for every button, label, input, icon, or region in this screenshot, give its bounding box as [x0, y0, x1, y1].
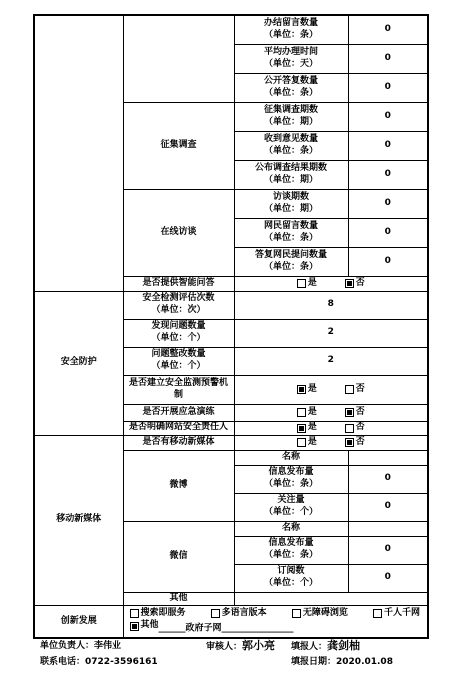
- report-page: 办结留言数量 （单位：条） 0 平均办理时间 （单位：天） 0 公开答复数量 （…: [0, 0, 462, 674]
- reviewer-label: 审核人：: [206, 642, 242, 652]
- value-cell: 0: [348, 536, 428, 564]
- innovation-options: 搜索即服务 多语言版本 无障碍浏览 千人千网: [124, 606, 428, 620]
- table-row: 移动新媒体 是否有移动新媒体 是 否: [34, 435, 428, 450]
- field-label: 安全检测评估次数: [124, 293, 234, 305]
- filler: 填报人：龚剑柚: [291, 637, 360, 653]
- field-label: 公布调查结果期数: [235, 163, 348, 175]
- field-cell: 平均办理时间 （单位：天）: [234, 44, 348, 73]
- weixin-name-label: 名称: [234, 521, 348, 536]
- subcategory-weibo: 微博: [123, 450, 234, 521]
- no-label: 否: [356, 422, 365, 434]
- weibo-name-label: 名称: [234, 450, 348, 465]
- smart-qa-label: 是否提供智能问答: [123, 276, 234, 291]
- field-cell: 办结留言数量 （单位：条）: [234, 15, 348, 44]
- date-label: 填报日期：: [291, 657, 336, 667]
- no-label: 否: [356, 384, 365, 396]
- value-cell: 8: [234, 291, 428, 319]
- value-cell: 0: [348, 73, 428, 102]
- date-value: 2020.01.08: [336, 657, 393, 667]
- category-cell-carryover: [34, 15, 123, 291]
- field-label: 办结留言数量: [235, 18, 348, 30]
- yes-option: 是: [297, 422, 317, 434]
- option-qianren: 千人千网: [373, 608, 420, 620]
- field-cell: 网民留言数量 （单位：条）: [234, 218, 348, 247]
- phone-number: 0722-3596161: [85, 657, 158, 667]
- innovation-cell: 搜索即服务 多语言版本 无障碍浏览 千人千网 其他______政府子网_____…: [123, 605, 428, 638]
- security-bool-label: 是否开展应急演练: [123, 404, 234, 421]
- option-label: 多语言版本: [222, 608, 267, 620]
- option-label: 其他: [141, 620, 159, 632]
- field-label: 公开答复数量: [235, 76, 348, 88]
- subcategory-survey: 征集调查: [123, 102, 234, 189]
- field-label: 信息发布量: [235, 467, 348, 479]
- field-label: 网民留言数量: [235, 221, 348, 233]
- yes-option: 是: [297, 384, 317, 396]
- category-innovation: 创新发展: [34, 605, 123, 638]
- filler-label: 填报人：: [291, 642, 327, 652]
- responsible-person: 单位负责人：李伟业: [40, 638, 121, 651]
- responsible-label: 单位负责人：: [40, 641, 94, 651]
- table-row: 安全防护 安全检测评估次数 （单位：次） 8: [34, 291, 428, 319]
- value-cell: 0: [348, 131, 428, 160]
- value-cell: 0: [348, 465, 428, 493]
- checkbox-unchecked-icon: [297, 438, 306, 447]
- value-cell: 0: [348, 493, 428, 521]
- field-unit: （单位：条）: [235, 233, 348, 245]
- weixin-name-value: [348, 521, 428, 536]
- weibo-name-value: [348, 450, 428, 465]
- field-cell: 收到意见数量 （单位：条）: [234, 131, 348, 160]
- checkbox-unchecked-icon: [130, 609, 139, 618]
- no-label: 否: [356, 278, 365, 290]
- yes-option: 是: [297, 437, 317, 449]
- value-cell: 0: [348, 102, 428, 131]
- yes-label: 是: [308, 407, 317, 419]
- value-cell: 0: [348, 564, 428, 592]
- checkbox-checked-icon: [297, 385, 306, 394]
- field-unit: （单位：条）: [235, 146, 348, 158]
- filler-name: 龚剑柚: [327, 639, 360, 652]
- value-cell: 0: [348, 189, 428, 218]
- yes-label: 是: [308, 384, 317, 396]
- no-option: 否: [345, 278, 365, 290]
- field-cell: 公布调查结果期数 （单位：期）: [234, 160, 348, 189]
- other-fill-text: 政府子网: [186, 624, 222, 634]
- value-cell: 0: [348, 247, 428, 276]
- table-row: 办结留言数量 （单位：条） 0: [34, 15, 428, 44]
- annual-report-table: 办结留言数量 （单位：条） 0 平均办理时间 （单位：天） 0 公开答复数量 （…: [33, 14, 429, 639]
- field-cell: 问题整改数量 （单位：个）: [123, 347, 234, 375]
- security-bool-label: 是否建立安全监测预警机制: [123, 375, 234, 404]
- has-newmedia-answer: 是 否: [234, 435, 428, 450]
- field-label: 关注量: [235, 495, 348, 507]
- category-security: 安全防护: [34, 291, 123, 435]
- value-cell: 0: [348, 15, 428, 44]
- field-unit: （单位：条）: [235, 30, 348, 42]
- phone-label: 联系电话：: [40, 657, 85, 667]
- field-cell: 访谈期数 （单位：期）: [234, 189, 348, 218]
- field-cell: 答复网民提问数量 （单位：条）: [234, 247, 348, 276]
- field-cell: 发现问题数量 （单位：个）: [123, 319, 234, 347]
- field-unit: （单位：个）: [235, 578, 348, 590]
- field-label: 征集调查期数: [235, 105, 348, 117]
- checkbox-unchecked-icon: [345, 385, 354, 394]
- other-media-value: [234, 592, 428, 605]
- innovation-other-line: 其他______政府子网________________: [124, 619, 428, 637]
- field-label: 平均办理时间: [235, 47, 348, 59]
- option-label: 无障碍浏览: [303, 608, 348, 620]
- no-option: 否: [345, 384, 365, 396]
- value-cell: 0: [348, 44, 428, 73]
- checkbox-unchecked-icon: [297, 279, 306, 288]
- yes-label: 是: [308, 437, 317, 449]
- report-date: 填报日期：2020.01.08: [291, 654, 393, 667]
- no-label: 否: [356, 437, 365, 449]
- field-label: 收到意见数量: [235, 134, 348, 146]
- smart-qa-answer: 是 否: [234, 276, 428, 291]
- other-media-label: 其他: [123, 592, 234, 605]
- subcategory-cell-carryover: [123, 15, 234, 102]
- option-search-service: 搜索即服务: [130, 608, 186, 620]
- field-unit: （单位：个）: [235, 507, 348, 519]
- checkbox-checked-icon: [345, 438, 354, 447]
- blank-underscores: ________________: [222, 624, 294, 634]
- field-unit: （单位：条）: [235, 479, 348, 491]
- field-cell: 关注量 （单位：个）: [234, 493, 348, 521]
- no-option: 否: [345, 422, 365, 434]
- reviewer-name: 郭小亮: [242, 639, 275, 652]
- option-label: 千人千网: [384, 608, 420, 620]
- value-cell: 2: [234, 319, 428, 347]
- security-bool-answer: 是 否: [234, 404, 428, 421]
- value-cell: 2: [234, 347, 428, 375]
- field-cell: 订阅数 （单位：个）: [234, 564, 348, 592]
- no-option: 否: [345, 437, 365, 449]
- option-multilingual: 多语言版本: [211, 608, 267, 620]
- reviewer: 审核人：郭小亮: [206, 637, 275, 653]
- field-unit: （单位：个）: [124, 333, 234, 345]
- table-row: 创新发展 搜索即服务 多语言版本 无障碍浏览 千人千网 其他______政府子网…: [34, 605, 428, 638]
- security-bool-answer: 是 否: [234, 375, 428, 404]
- field-label: 订阅数: [235, 566, 348, 578]
- field-label: 答复网民提问数量: [235, 250, 348, 262]
- field-unit: （单位：期）: [235, 175, 348, 187]
- checkbox-checked-icon: [345, 408, 354, 417]
- security-bool-label: 是否明确网站安全责任人: [123, 421, 234, 435]
- checkbox-unchecked-icon: [211, 609, 220, 618]
- checkbox-unchecked-icon: [345, 424, 354, 433]
- subcategory-interview: 在线访谈: [123, 189, 234, 276]
- blank-underscores: ______: [159, 624, 186, 634]
- field-label: 信息发布量: [235, 538, 348, 550]
- subcategory-weixin: 微信: [123, 521, 234, 592]
- yes-label: 是: [308, 422, 317, 434]
- field-cell: 征集调查期数 （单位：期）: [234, 102, 348, 131]
- category-newmedia: 移动新媒体: [34, 435, 123, 605]
- field-unit: （单位：次）: [124, 305, 234, 317]
- checkbox-unchecked-icon: [292, 609, 301, 618]
- checkbox-checked-icon: [345, 279, 354, 288]
- option-other: 其他: [130, 620, 159, 632]
- field-cell: 安全检测评估次数 （单位：次）: [123, 291, 234, 319]
- yes-option: 是: [297, 407, 317, 419]
- checkbox-unchecked-icon: [373, 609, 382, 618]
- option-accessibility: 无障碍浏览: [292, 608, 348, 620]
- field-label: 发现问题数量: [124, 321, 234, 333]
- field-unit: （单位：期）: [235, 117, 348, 129]
- contact-phone: 联系电话：0722-3596161: [40, 654, 158, 667]
- field-label: 问题整改数量: [124, 349, 234, 361]
- field-unit: （单位：条）: [235, 262, 348, 274]
- checkbox-checked-icon: [297, 424, 306, 433]
- yes-option: 是: [297, 278, 317, 290]
- no-option: 否: [345, 407, 365, 419]
- has-newmedia-label: 是否有移动新媒体: [123, 435, 234, 450]
- responsible-name: 李伟业: [94, 641, 121, 651]
- field-cell: 公开答复数量 （单位：条）: [234, 73, 348, 102]
- no-label: 否: [356, 407, 365, 419]
- field-unit: （单位：条）: [235, 88, 348, 100]
- value-cell: 0: [348, 160, 428, 189]
- checkbox-unchecked-icon: [297, 408, 306, 417]
- field-unit: （单位：条）: [235, 550, 348, 562]
- field-cell: 信息发布量 （单位：条）: [234, 536, 348, 564]
- security-bool-answer: 是 否: [234, 421, 428, 435]
- option-label: 搜索即服务: [141, 608, 186, 620]
- field-unit: （单位：个）: [124, 361, 234, 373]
- checkbox-checked-icon: [130, 622, 139, 631]
- value-cell: 0: [348, 218, 428, 247]
- field-cell: 信息发布量 （单位：条）: [234, 465, 348, 493]
- field-label: 访谈期数: [235, 192, 348, 204]
- yes-label: 是: [308, 278, 317, 290]
- field-unit: （单位：期）: [235, 204, 348, 216]
- field-unit: （单位：天）: [235, 59, 348, 71]
